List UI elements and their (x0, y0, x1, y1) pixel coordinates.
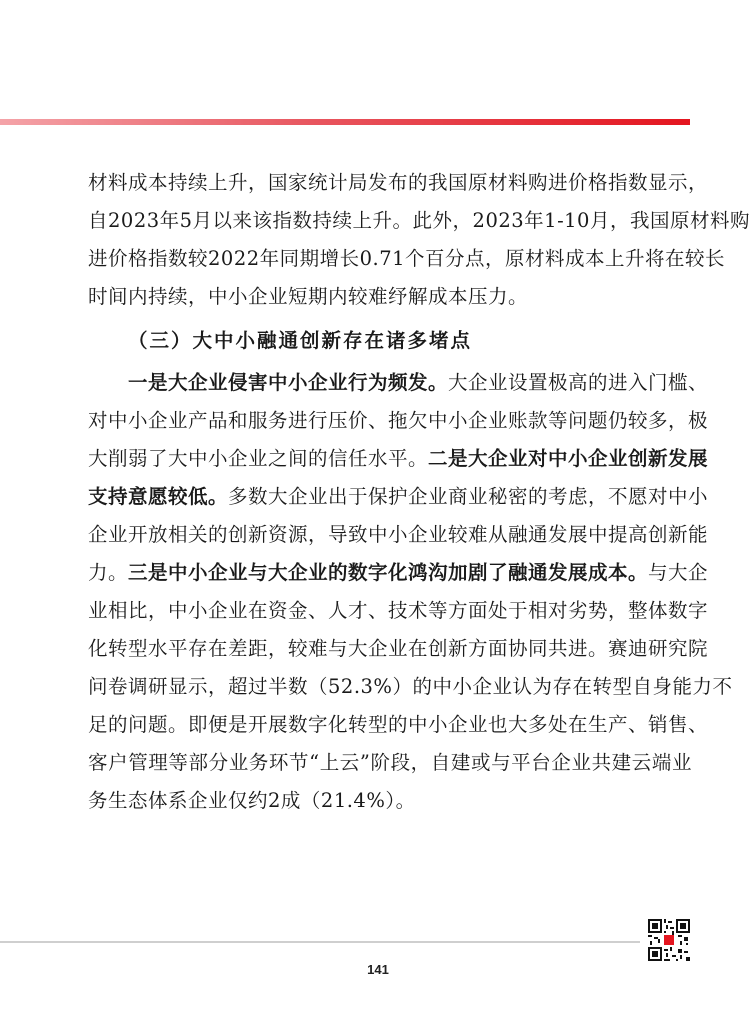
text-line: 时间内持续，中小企业短期内较难纾解成本压力。 (88, 278, 692, 316)
bold-point-two-cont: 支持意愿较低。 (88, 485, 228, 508)
bold-point-one: 一是大企业侵害中小企业行为频发。 (128, 371, 448, 394)
text-line: 化转型水平存在差距，较难与大企业在创新方面协同共进。赛迪研究院 (88, 630, 692, 668)
text-line: 进价格指数较2022年同期增长0.71个百分点，原材料成本上升将在较长 (88, 240, 692, 278)
text-span: 多数大企业出于保护企业商业秘密的考虑，不愿对中小 (228, 485, 708, 508)
text-line: 足的问题。即便是开展数字化转型的中小企业也大多处在生产、销售、 (88, 706, 692, 744)
text-line: 一是大企业侵害中小企业行为频发。大企业设置极高的进入门槛、 (88, 364, 692, 402)
bold-point-two: 二是大企业对中小企业创新发展 (428, 447, 708, 470)
paragraph-integration-barriers: 一是大企业侵害中小企业行为频发。大企业设置极高的进入门槛、 对中小企业产品和服务… (88, 364, 692, 820)
text-span: 大企业设置极高的进入门槛、 (448, 371, 708, 394)
text-span: 力。 (88, 561, 128, 584)
text-line: 问卷调研显示，超过半数（52.3%）的中小企业认为存在转型自身能力不 (88, 668, 692, 706)
header-rule (0, 119, 690, 125)
text-line: 力。三是中小企业与大企业的数字化鸿沟加剧了融通发展成本。与大企 (88, 554, 692, 592)
text-span: 大削弱了大中小企业之间的信任水平。 (88, 447, 428, 470)
text-line: 客户管理等部分业务环节“上云”阶段，自建或与平台企业共建云端业 (88, 744, 692, 782)
paragraph-raw-material-cost: 材料成本持续上升，国家统计局发布的我国原材料购进价格指数显示， 自2023年5月… (88, 164, 692, 316)
text-line: 业相比，中小企业在资金、人才、技术等方面处于相对劣势，整体数字 (88, 592, 692, 630)
text-line: 自2023年5月以来该指数持续上升。此外，2023年1-10月，我国原材料购 (88, 202, 692, 240)
section-heading: （三）大中小融通创新存在诸多堵点 (88, 318, 692, 364)
text-span: 与大企 (648, 561, 708, 584)
text-line: 对中小企业产品和服务进行压价、拖欠中小企业账款等问题仍较多，极 (88, 402, 692, 440)
bold-point-three: 三是中小企业与大企业的数字化鸿沟加剧了融通发展成本。 (128, 561, 648, 584)
footer-rule (0, 941, 640, 943)
qr-code-icon (648, 919, 690, 961)
page-number: 141 (363, 962, 393, 977)
text-line: 务生态体系企业仅约2成（21.4%）。 (88, 782, 692, 820)
document-body: 材料成本持续上升，国家统计局发布的我国原材料购进价格指数显示， 自2023年5月… (88, 164, 692, 820)
text-line: 大削弱了大中小企业之间的信任水平。二是大企业对中小企业创新发展 (88, 440, 692, 478)
text-line: 支持意愿较低。多数大企业出于保护企业商业秘密的考虑，不愿对中小 (88, 478, 692, 516)
text-line: 材料成本持续上升，国家统计局发布的我国原材料购进价格指数显示， (88, 164, 692, 202)
text-line: 企业开放相关的创新资源，导致中小企业较难从融通发展中提高创新能 (88, 516, 692, 554)
